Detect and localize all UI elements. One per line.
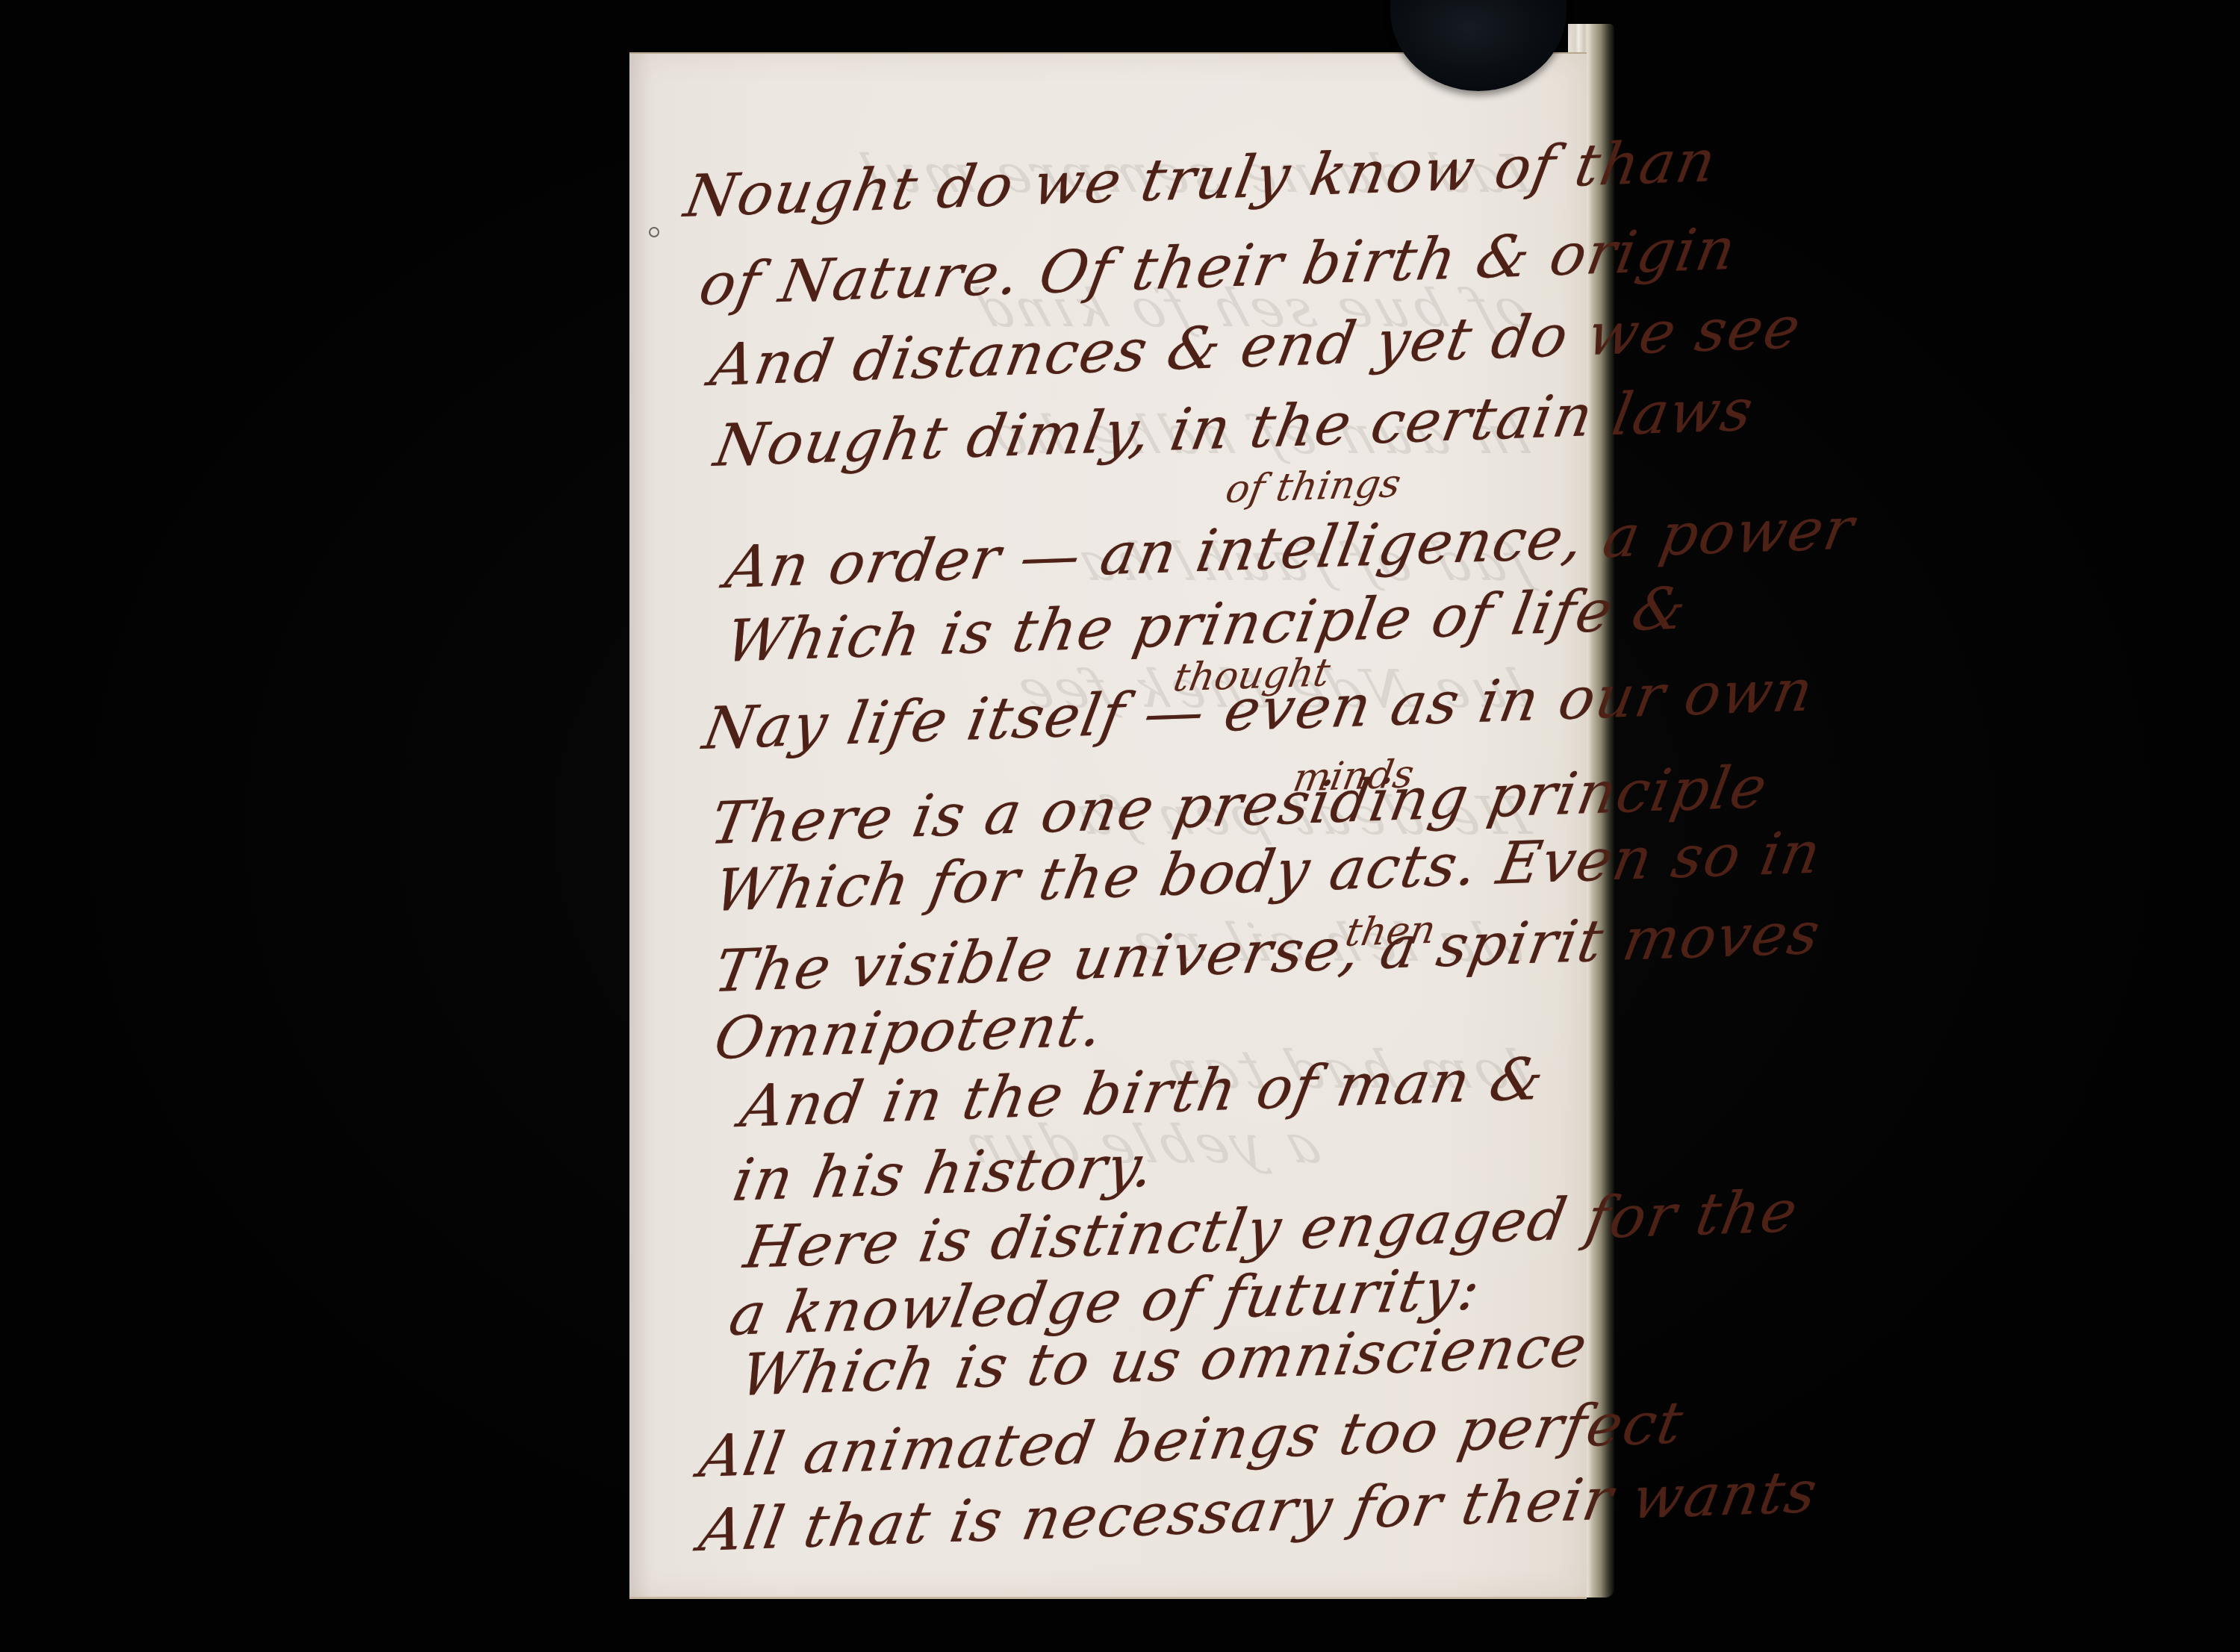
text-line-13: in his history. xyxy=(729,1138,1160,1210)
text-line-1: Nought do we truly know of than xyxy=(680,132,1721,226)
insertion-of-things: of things xyxy=(1222,461,1404,512)
manuscript-page: Iad da ne sempre mul of bue seh fo kind … xyxy=(629,52,1587,1599)
text-line-2: of Nature. Of their birth & origin xyxy=(695,220,1741,314)
handwritten-text: Nought do we truly know of than of Natur… xyxy=(629,54,1587,1597)
text-line-11: Omnipotent. xyxy=(710,997,1108,1068)
